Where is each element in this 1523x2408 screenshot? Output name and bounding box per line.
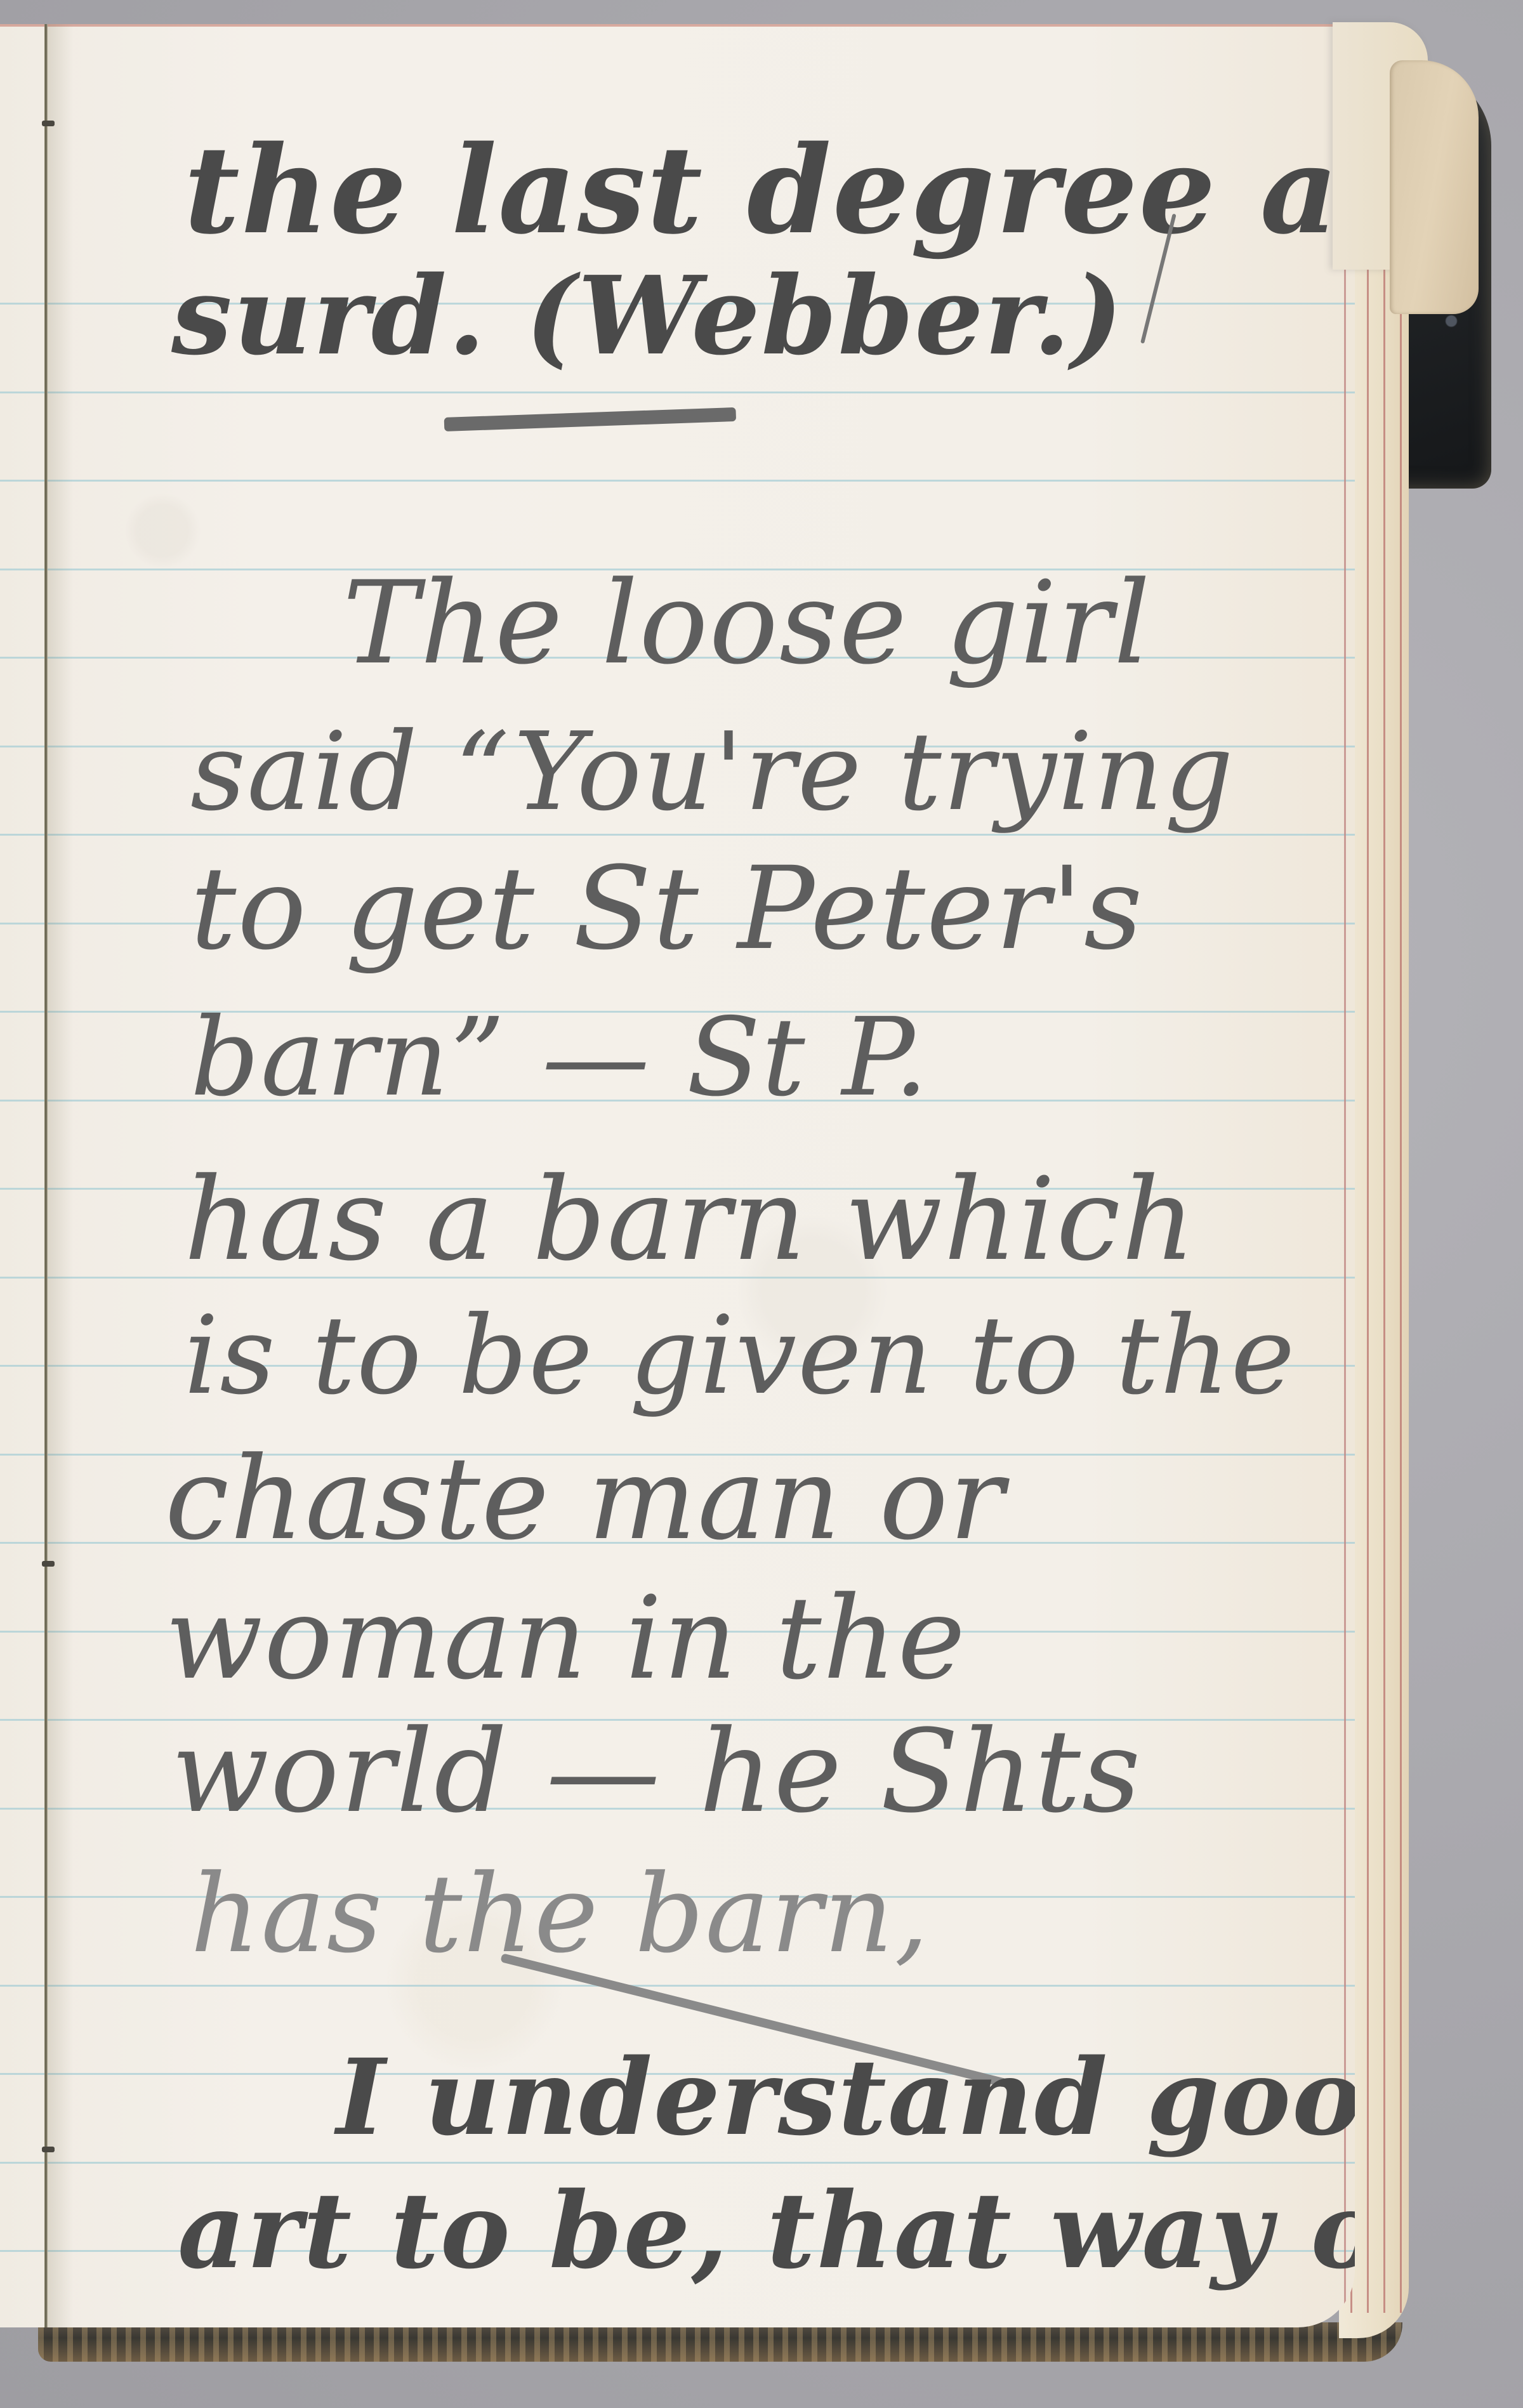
notebook-page: the last degree ab- surd. (Webber.) The … (0, 24, 1355, 2327)
binding-stitch (42, 121, 55, 126)
rule-line (0, 480, 1355, 482)
handwritten-line-4: said “You're trying (190, 709, 1235, 835)
handwritten-line-10: woman in the (165, 1572, 966, 1705)
binding-stitch (42, 2147, 55, 2152)
handwritten-line-3: The loose girl (343, 557, 1152, 690)
handwritten-line-9: chaste man or (165, 1433, 1005, 1565)
handwritten-line-1: the last degree ab- (184, 119, 1355, 261)
handwritten-line-13: I understand good (336, 2036, 1355, 2159)
underline-squiggle (444, 407, 736, 431)
folded-page-layer (1390, 60, 1479, 314)
handwritten-line-7: has a barn which (184, 1154, 1196, 1286)
gutter-shadow (48, 24, 73, 2327)
handwritten-line-8: is to be given to the (184, 1293, 1296, 1419)
rule-line (0, 2162, 1355, 2164)
handwritten-line-12: has the barn, (190, 1852, 930, 1977)
handwritten-line-14: art to be, that way of (178, 2169, 1355, 2292)
handwritten-line-2: surd. (Webber.) (171, 253, 1124, 379)
dog-eared-corner (1333, 22, 1485, 460)
handwritten-line-5: to get St Peter's (190, 843, 1144, 975)
handwritten-line-6: barn” — St P. (190, 995, 930, 1121)
rule-line (0, 391, 1355, 393)
page-top-edge (0, 24, 1355, 27)
rule-line (0, 1985, 1355, 1987)
handwritten-line-11: world — he Shts (171, 1706, 1142, 1838)
binding-gutter (44, 24, 48, 2327)
notebook-cover-bottom-edge (38, 2322, 1402, 2362)
binding-stitch (42, 1561, 55, 1567)
